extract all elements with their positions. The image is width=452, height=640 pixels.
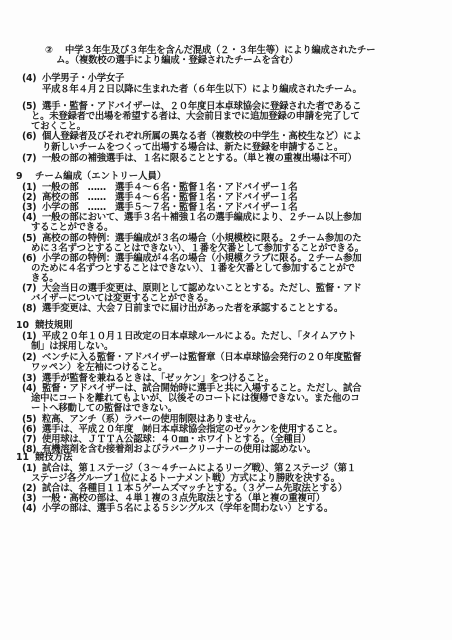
s9-item-6-cont-1: のために４名ずつとすることはできない）、１番を欠番として参加することがで bbox=[31, 263, 355, 274]
section-title: 競技規則 bbox=[35, 320, 73, 331]
s10-item-1-cont: 制」は採用しない。 bbox=[31, 341, 113, 352]
s9-item-4-cont: することができる。 bbox=[31, 222, 113, 233]
scanned-document-page: ②中学３年生及び３年生を含んだ混成（２・３年生等）により編成されたチー ム。（複… bbox=[0, 0, 452, 640]
item-marker: (4) bbox=[22, 73, 42, 84]
section-number: 11 bbox=[16, 452, 35, 463]
section-title: チーム編成（エントリー人員） bbox=[35, 171, 166, 182]
item-marker: (6) bbox=[22, 131, 42, 142]
s10-item-2-cont: ワッペン）を左袖につけること。 bbox=[31, 362, 167, 373]
section-10-heading: 10競技規則 bbox=[16, 320, 73, 331]
s11-item-4: (4)小学の部は、選手５名による５シングルス（学年を問わない）とする。 bbox=[22, 503, 333, 514]
intro-item-2-line-2: ム。（複数校の選手により編成・登録されたチームを含む） bbox=[56, 55, 298, 66]
intro-item-7-line-1: (7)一般の部の補強選手は、１名に限ることとする。（単と複の重複出場は不可） bbox=[22, 153, 357, 164]
section-11-heading: 11競技方法 bbox=[16, 452, 73, 463]
s10-item-4-cont-2: ートへ移動しての監督はできない。 bbox=[31, 403, 177, 414]
section-number: 9 bbox=[16, 171, 35, 182]
section-number: 10 bbox=[16, 320, 35, 331]
intro-item-6-line-2: り新しいチームをつくって出場する場合は、新たに登録を申請すること。 bbox=[42, 142, 343, 153]
item-marker: (7) bbox=[22, 153, 42, 164]
intro-item-6-line-1: (6)個人登録者及びそれぞれ所属の異なる者（複数校の中学生・高校生など）によ bbox=[22, 131, 361, 142]
intro-item-4-line-1: (4)小学男子・小学女子 bbox=[22, 73, 124, 84]
section-9-heading: 9チーム編成（エントリー人員） bbox=[16, 171, 166, 182]
intro-item-4-line-2: 平成８年４月２日以降に生まれた者（６年生以下）により編成されたチーム。 bbox=[42, 84, 362, 95]
s9-item-8: (8)選手変更は、大会７日前までに届け出があった者を承認することとする。 bbox=[22, 303, 343, 314]
section-title: 競技方法 bbox=[35, 452, 73, 463]
